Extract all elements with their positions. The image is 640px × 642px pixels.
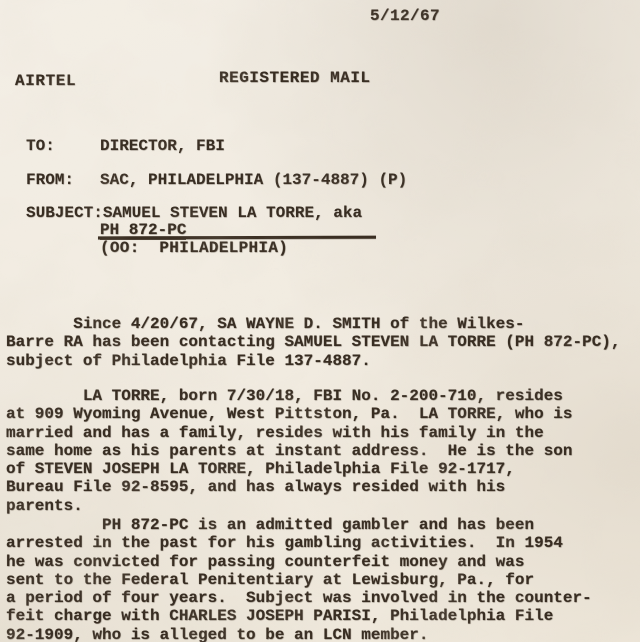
document-page: 5/12/67 AIRTEL REGISTERED MAIL TO: DIREC… <box>0 0 640 642</box>
registered-mail-label: REGISTERED MAIL <box>219 69 371 87</box>
body-line: feit charge with CHARLES JOSEPH PARISI, … <box>6 607 592 625</box>
airtel-label: AIRTEL <box>15 72 76 90</box>
body-line: parents. <box>6 497 573 515</box>
to-row: TO: DIRECTOR, FBI <box>26 137 225 155</box>
subject-name: SAMUEL STEVEN LA TORRE, aka <box>103 204 362 222</box>
body-line: same home as his parents at instant addr… <box>6 442 573 460</box>
to-label: TO: <box>26 137 100 155</box>
body-line: arrested in the past for his gambling ac… <box>6 534 592 552</box>
paragraph-2: LA TORRE, born 7/30/18, FBI No. 2-200-71… <box>6 387 573 515</box>
document-date: 5/12/67 <box>370 7 440 25</box>
to-value: DIRECTOR, FBI <box>100 137 225 155</box>
subject-office: (OO: PHILADELPHIA) <box>100 239 288 257</box>
body-line: Since 4/20/67, SA WAYNE D. SMITH of the … <box>6 315 621 333</box>
body-line: Barre RA has been contacting SAMUEL STEV… <box>6 333 621 351</box>
body-line: PH 872-PC is an admitted gambler and has… <box>6 516 592 534</box>
from-value: SAC, PHILADELPHIA (137-4887) (P) <box>100 171 407 189</box>
body-line: sent to the Federal Penitentiary at Lewi… <box>6 571 592 589</box>
body-line: of STEVEN JOSEPH LA TORRE, Philadelphia … <box>6 460 573 478</box>
body-line: at 909 Wyoming Avenue, West Pittston, Pa… <box>6 405 573 423</box>
paragraph-3: PH 872-PC is an admitted gambler and has… <box>6 516 592 642</box>
body-line: subject of Philadelphia File 137-4887. <box>6 352 621 370</box>
body-line: married and has a family, resides with h… <box>6 424 573 442</box>
body-line: he was convicted for passing counterfeit… <box>6 553 592 571</box>
subject-row: SUBJECT: SAMUEL STEVEN LA TORRE, aka <box>26 204 362 222</box>
from-row: FROM: SAC, PHILADELPHIA (137-4887) (P) <box>26 171 407 189</box>
subject-label: SUBJECT: <box>26 204 103 222</box>
body-line: Bureau File 92-8595, and has always resi… <box>6 478 573 496</box>
body-line: LA TORRE, born 7/30/18, FBI No. 2-200-71… <box>6 387 573 405</box>
body-line: a period of four years. Subject was invo… <box>6 589 592 607</box>
from-label: FROM: <box>26 171 100 189</box>
paragraph-1: Since 4/20/67, SA WAYNE D. SMITH of the … <box>6 315 621 370</box>
body-line: 92-1909, who is alleged to be an LCN mem… <box>6 626 592 642</box>
